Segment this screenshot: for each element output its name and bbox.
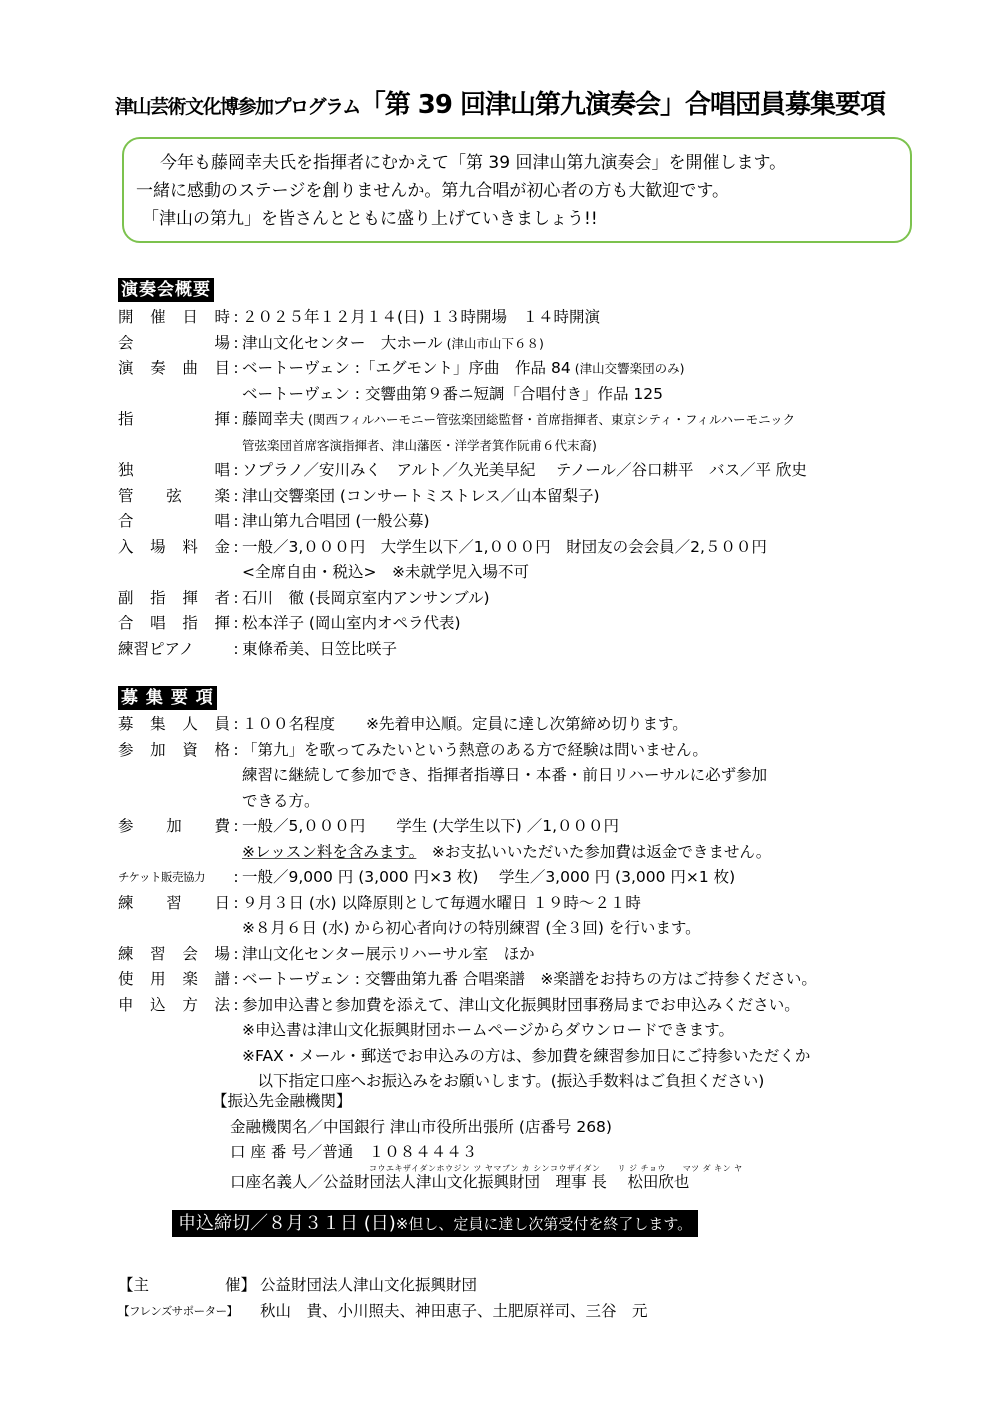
row-colon: : (230, 509, 242, 535)
row-label: チケット販売協力 (118, 865, 230, 891)
row-colon: : (230, 637, 242, 663)
detail-row: 入場料金:一般／3,０００円 大学生以下／1,０００円 財団友の会会員／2,５０… (118, 535, 938, 561)
footer: 【主催】 公益財団法人津山文化振興財団 【フレンズサポーター】 秋山 貴、小川照… (118, 1272, 648, 1324)
detail-row: 参加費:一般／5,０００円 学生 (大学生以下) ／1,０００円 (118, 814, 938, 840)
row-value: 津山交響楽団 (コンサートミストレス／山本留梨子) (242, 484, 938, 510)
detail-row: 申込方法:参加申込書と参加費を添えて、津山文化振興財団事務局までお申込みください… (118, 993, 938, 1019)
row-value: ベートーヴェン : 交響曲第９番ニ短調「合唱付き」作品 125 (242, 382, 938, 408)
detail-row: 練習日:９月３日 (水) 以降原則として毎週水曜日 １９時～２１時 (118, 891, 938, 917)
row-colon: : (230, 484, 242, 510)
row-label: 独唱 (118, 458, 230, 484)
title-main: 「第 39 回津山第九演奏会」合唱団員募集要項 (360, 90, 885, 120)
intro-box: 今年も藤岡幸夫氏を指揮者にむかえて「第 39 回津山第九演奏会」を開催します。 … (122, 137, 912, 243)
row-colon: : (230, 535, 242, 561)
row-label: 会場 (118, 331, 230, 357)
supporters-line: 【フレンズサポーター】 秋山 貴、小川照夫、神田恵子、土肥原祥司、三谷 元 (118, 1298, 648, 1324)
bank-institution: 金融機関名／中国銀行 津山市役所出張所 (店番号 268) (212, 1115, 689, 1141)
row-label: 申込方法 (118, 993, 230, 1019)
account-holder-ruby: コウエキザイダンホウジン ツ ヤマブン カ シンコウザイダン リ ジ チョウ マ… (369, 1163, 743, 1174)
detail-row: 合唱指揮:松本洋子 (岡山室内オペラ代表) (118, 611, 938, 637)
detail-row: 管弦楽:津山交響楽団 (コンサートミストレス／山本留梨子) (118, 484, 938, 510)
supporters-label: 【フレンズサポーター】 (118, 1298, 256, 1324)
recruit-details: 募集人員:１００名程度 ※先着申込順。定員に達し次第締め切ります。参加資格:「第… (118, 712, 938, 1095)
row-label: 参加資格 (118, 738, 230, 764)
row-value: 松本洋子 (岡山室内オペラ代表) (242, 611, 938, 637)
intro-line-2: 一緒に感動のステージを創りませんか。第九合唱が初心者の方も大歓迎です。 (124, 177, 910, 205)
deadline-note: ※但し、定員に達し次第受付を終了します。 (396, 1215, 692, 1233)
organizer-name: 公益財団法人津山文化振興財団 (256, 1272, 477, 1298)
row-colon: : (230, 356, 242, 382)
detail-row-continuation: :<全席自由・税込> ※未就学児入場不可 (118, 560, 938, 586)
recruit-heading: 募 集 要 項 (118, 686, 217, 710)
row-value: ※申込書は津山文化振興財団ホームページからダウンロードできます。 (242, 1018, 938, 1044)
row-colon: : (230, 611, 242, 637)
row-colon: : (230, 814, 242, 840)
row-value: ※レッスン料を含みます。 ※お支払いいただいた参加費は返金できません。 (242, 840, 938, 866)
row-label: 開催日時 (118, 305, 230, 331)
detail-row: 合唱:津山第九合唱団 (一般公募) (118, 509, 938, 535)
deadline-banner: 申込締切／８月３１日 (日)※但し、定員に達し次第受付を終了します。 (172, 1210, 698, 1237)
row-label: 合唱 (118, 509, 230, 535)
row-value: ※８月６日 (水) から初心者向けの特別練習 (全３回) を行います。 (242, 916, 938, 942)
row-value: 一般／3,０００円 大学生以下／1,０００円 財団友の会会員／2,５００円 (242, 535, 938, 561)
concert-heading: 演奏会概要 (118, 278, 214, 302)
detail-row: 練習ピアノ:東條希美、日笠比咲子 (118, 637, 938, 663)
row-colon: : (230, 586, 242, 612)
row-colon: : (230, 407, 242, 433)
row-label: 演奏曲目 (118, 356, 230, 382)
row-label: 管弦楽 (118, 484, 230, 510)
detail-row-continuation: :※FAX・メール・郵送でお申込みの方は、参加費を練習参加日にご持参いただくか (118, 1044, 938, 1070)
detail-row-continuation: :※８月６日 (水) から初心者向けの特別練習 (全３回) を行います。 (118, 916, 938, 942)
row-value: 東條希美、日笠比咲子 (242, 637, 938, 663)
row-value: ソプラノ／安川みく アルト／久光美早紀 テノール／谷口耕平 バス／平 欣史 (242, 458, 938, 484)
row-value: 練習に継続して参加でき、指揮者指導日・本番・前日リハーサルに必ず参加 (242, 763, 938, 789)
row-value: 一般／5,０００円 学生 (大学生以下) ／1,０００円 (242, 814, 938, 840)
detail-row: 参加資格:「第九」を歌ってみたいという熱意のある方で経験は問いません。 (118, 738, 938, 764)
row-value: 「第九」を歌ってみたいという熱意のある方で経験は問いません。 (242, 738, 938, 764)
title-prefix: 津山芸術文化博参加プログラム (115, 96, 360, 118)
detail-row: 開催日時:２０２５年１２月１４(日) １３時開場 １４時開演 (118, 305, 938, 331)
row-value: できる方。 (242, 789, 938, 815)
row-value: ※FAX・メール・郵送でお申込みの方は、参加費を練習参加日にご持参いただくか (242, 1044, 938, 1070)
row-value: 津山第九合唱団 (一般公募) (242, 509, 938, 535)
row-colon: : (230, 305, 242, 331)
row-colon: : (230, 993, 242, 1019)
bank-heading: 【振込先金融機関】 (212, 1089, 689, 1115)
row-label: 練習日 (118, 891, 230, 917)
row-label: 練習会場 (118, 942, 230, 968)
row-value: 一般／9,000 円 (3,000 円×3 枚) 学生／3,000 円 (3,0… (242, 865, 938, 891)
row-label: 参加費 (118, 814, 230, 840)
row-value: ２０２５年１２月１４(日) １３時開場 １４時開演 (242, 305, 938, 331)
row-colon: : (230, 331, 242, 357)
row-label: 使用楽譜 (118, 967, 230, 993)
bank-account-number: 口 座 番 号／普通 １０８４４４３ (212, 1140, 689, 1166)
row-value: <全席自由・税込> ※未就学児入場不可 (242, 560, 938, 586)
bank-info: 【振込先金融機関】 金融機関名／中国銀行 津山市役所出張所 (店番号 268) … (212, 1089, 689, 1195)
intro-line-1: 今年も藤岡幸夫氏を指揮者にむかえて「第 39 回津山第九演奏会」を開催します。 (124, 149, 910, 177)
row-value: 藤岡幸夫(関西フィルハーモニー管弦楽団総監督・首席指揮者、東京シティ・フィルハー… (242, 407, 938, 433)
row-value: ベートーヴェン : 交響曲第九番 合唱楽譜 ※楽譜をお持ちの方はご持参ください。 (242, 967, 938, 993)
row-value: ９月３日 (水) 以降原則として毎週水曜日 １９時～２１時 (242, 891, 938, 917)
row-colon: : (230, 942, 242, 968)
row-colon: : (230, 712, 242, 738)
row-value: 津山文化センター 大ホール(津山市山下６８) (242, 331, 938, 357)
row-label: 指揮 (118, 407, 230, 433)
row-colon: : (230, 458, 242, 484)
row-label: 入場料金 (118, 535, 230, 561)
detail-row-continuation: :※レッスン料を含みます。 ※お支払いいただいた参加費は返金できません。 (118, 840, 938, 866)
organizer-label: 【主催】 (118, 1272, 256, 1298)
detail-row-continuation: :ベートーヴェン : 交響曲第９番ニ短調「合唱付き」作品 125 (118, 382, 938, 408)
detail-row: 指揮:藤岡幸夫(関西フィルハーモニー管弦楽団総監督・首席指揮者、東京シティ・フィ… (118, 407, 938, 433)
row-label: 募集人員 (118, 712, 230, 738)
row-label: 練習ピアノ (118, 637, 230, 663)
row-colon: : (230, 738, 242, 764)
concert-details: 開催日時:２０２５年１２月１４(日) １３時開場 １４時開演会場:津山文化センタ… (118, 305, 938, 662)
detail-row: 使用楽譜:ベートーヴェン : 交響曲第九番 合唱楽譜 ※楽譜をお持ちの方はご持参… (118, 967, 938, 993)
row-colon: : (230, 865, 242, 891)
row-value: 管弦楽団首席客演指揮者、津山藩医・洋学者箕作阮甫６代末裔) (242, 433, 938, 459)
organizer-line: 【主催】 公益財団法人津山文化振興財団 (118, 1272, 648, 1298)
deadline-main: 申込締切／８月３１日 (日) (178, 1213, 396, 1234)
row-value: ベートーヴェン :「エグモント」序曲 作品 84(津山交響楽団のみ) (242, 356, 938, 382)
row-value: 津山文化センター展示リハーサル室 ほか (242, 942, 938, 968)
intro-line-3: 「津山の第九」を皆さんとともに盛り上げていきましょう!! (124, 205, 910, 233)
detail-row: 練習会場:津山文化センター展示リハーサル室 ほか (118, 942, 938, 968)
row-colon: : (230, 891, 242, 917)
detail-row: 会場:津山文化センター 大ホール(津山市山下６８) (118, 331, 938, 357)
detail-row: 演奏曲目:ベートーヴェン :「エグモント」序曲 作品 84(津山交響楽団のみ) (118, 356, 938, 382)
page-title: 津山芸術文化博参加プログラム「第 39 回津山第九演奏会」合唱団員募集要項 (0, 84, 1000, 121)
row-colon: : (230, 967, 242, 993)
supporters-names: 秋山 貴、小川照夫、神田恵子、土肥原祥司、三谷 元 (256, 1298, 648, 1324)
detail-row: 副指揮者:石川 徹 (長岡京室内アンサンブル) (118, 586, 938, 612)
detail-row-continuation: :管弦楽団首席客演指揮者、津山藩医・洋学者箕作阮甫６代末裔) (118, 433, 938, 459)
detail-row-continuation: :練習に継続して参加でき、指揮者指導日・本番・前日リハーサルに必ず参加 (118, 763, 938, 789)
row-label: 副指揮者 (118, 586, 230, 612)
row-value: 石川 徹 (長岡京室内アンサンブル) (242, 586, 938, 612)
detail-row: 募集人員:１００名程度 ※先着申込順。定員に達し次第締め切ります。 (118, 712, 938, 738)
row-value: 参加申込書と参加費を添えて、津山文化振興財団事務局までお申込みください。 (242, 993, 938, 1019)
row-label: 合唱指揮 (118, 611, 230, 637)
row-value: １００名程度 ※先着申込順。定員に達し次第締め切ります。 (242, 712, 938, 738)
detail-row: チケット販売協力:一般／9,000 円 (3,000 円×3 枚) 学生／3,0… (118, 865, 938, 891)
detail-row-continuation: :できる方。 (118, 789, 938, 815)
detail-row-continuation: :※申込書は津山文化振興財団ホームページからダウンロードできます。 (118, 1018, 938, 1044)
detail-row: 独唱:ソプラノ／安川みく アルト／久光美早紀 テノール／谷口耕平 バス／平 欣史 (118, 458, 938, 484)
